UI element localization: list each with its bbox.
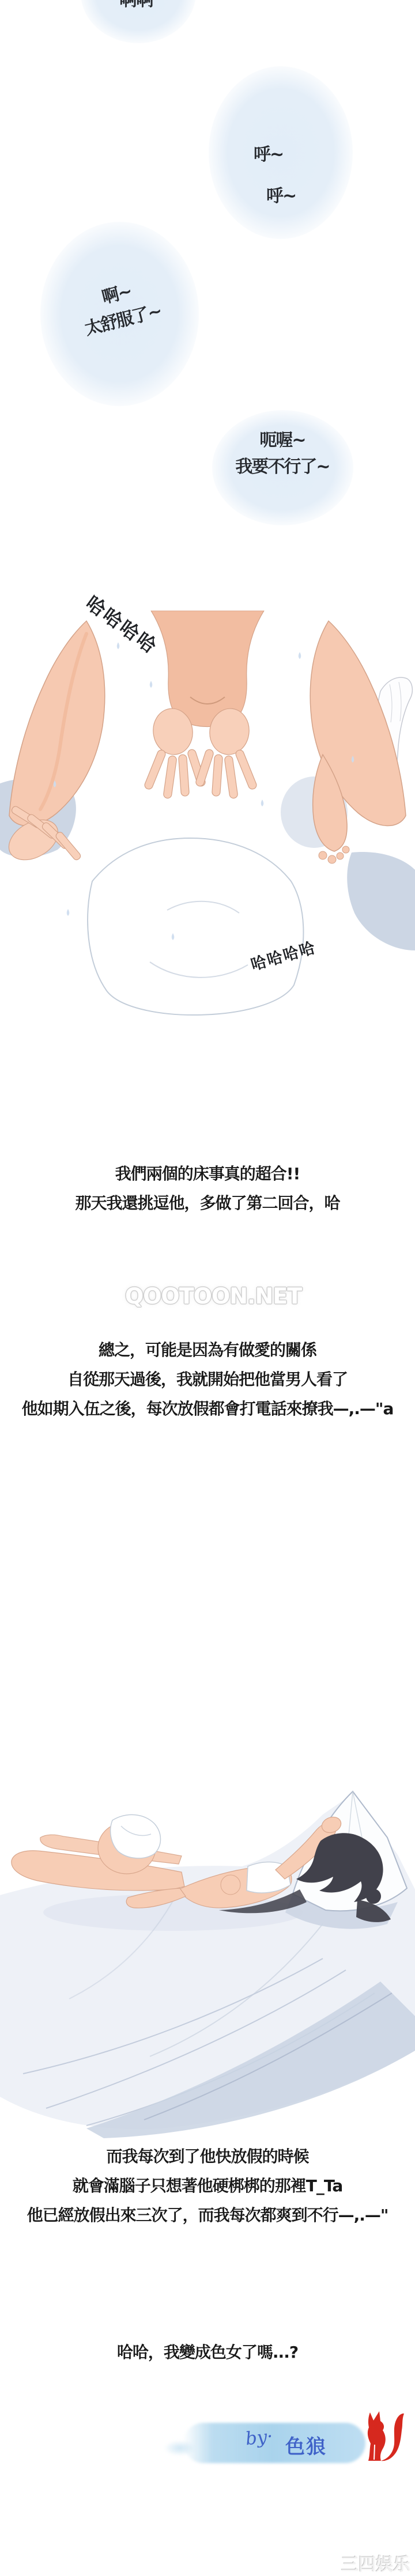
watermark-bottom-right: 三四娱乐 bbox=[341, 2550, 410, 2575]
narration-line: 他如期入伍之後，每次放假都會打電話來撩我—,.—"a bbox=[0, 1394, 415, 1423]
narration-line: 那天我還挑逗他，多做了第二回合，哈 bbox=[0, 1188, 415, 1218]
narration-line: 他已經放假出來三次了，而我每次都爽到不行—,.—" bbox=[0, 2200, 415, 2230]
illustration-bedding-scene bbox=[0, 611, 415, 1031]
white-body bbox=[88, 838, 303, 1015]
signature-artist-name: 色狼 bbox=[285, 2431, 327, 2459]
narration-block-4: 哈哈，我變成色女了嗎...? bbox=[0, 2338, 415, 2367]
signature-band bbox=[183, 2423, 365, 2463]
narration-line: 總之，可能是因為有做愛的關係 bbox=[0, 1335, 415, 1365]
bubble-line: 呃喔~ bbox=[219, 427, 346, 454]
narration-line: 就會滿腦子只想著他硬梆梆的那裡T_Ta bbox=[0, 2171, 415, 2200]
speech-bubble-cant-take-it-text: 呃喔~ 我要不行了~ bbox=[219, 427, 346, 480]
narration-block-1: 我們兩個的床事真的超合!! 那天我還挑逗他，多做了第二回合，哈 bbox=[0, 1159, 415, 1218]
speech-bubble-top-text: 啊啊 bbox=[119, 0, 153, 11]
comic-page: 啊啊 呼~ 呼~ 啊~ 太舒服了~ 呃喔~ 我要不行了~ 哈哈哈哈 bbox=[0, 0, 415, 2576]
narration-line: 自從那天過後，我就開始把他當男人看了 bbox=[0, 1365, 415, 1394]
watermark-qootoon: QOOTOON.NET bbox=[6, 1283, 415, 1309]
raised-knee bbox=[98, 1814, 161, 1874]
fox-logo-icon bbox=[354, 2409, 405, 2462]
narration-line: 哈哈，我變成色女了嗎...? bbox=[0, 2338, 415, 2367]
speech-bubble-breathing-line1: 呼~ bbox=[254, 140, 283, 165]
bubble-line: 我要不行了~ bbox=[219, 454, 346, 480]
speech-bubble-breathing-line2: 呼~ bbox=[266, 181, 296, 207]
narration-line: 而我每次到了他快放假的時候 bbox=[0, 2142, 415, 2171]
narration-block-3: 而我每次到了他快放假的時候 就會滿腦子只想著他硬梆梆的那裡T_Ta 他已經放假出… bbox=[0, 2142, 415, 2230]
signature-by-label: by· bbox=[244, 2426, 274, 2450]
narration-block-2: 總之，可能是因為有做愛的關係 自從那天過後，我就開始把他當男人看了 他如期入伍之… bbox=[0, 1335, 415, 1423]
narration-line: 我們兩個的床事真的超合!! bbox=[0, 1159, 415, 1188]
illustration-lying-on-bed bbox=[0, 1751, 415, 2143]
